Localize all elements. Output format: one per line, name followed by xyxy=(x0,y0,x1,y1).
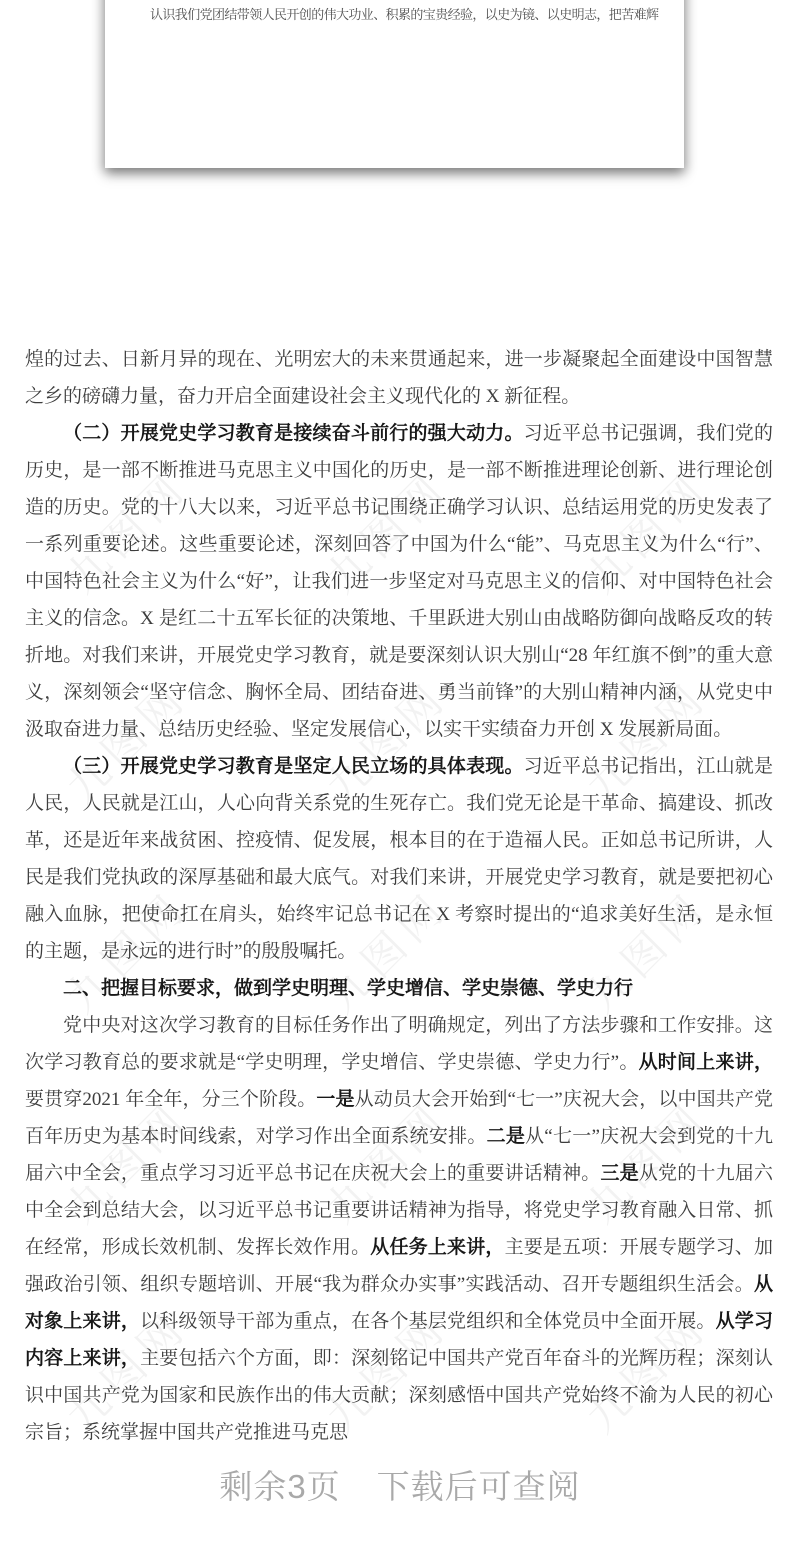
bold-text-run: （三）开展党史学习教育是坚定人民立场的具体表现。 xyxy=(63,756,524,777)
bold-text-run: （二）开展党史学习教育是接续奋斗前行的强大动力。 xyxy=(63,423,524,444)
paragraph: （三）开展党史学习教育是坚定人民立场的具体表现。习近平总书记指出，江山就是人民，… xyxy=(25,748,773,970)
text-run: 习近平总书记指出，江山就是人民，人民就是江山，人心向背关系党的生死存亡。我们党无… xyxy=(25,756,773,962)
section-heading: 二、把握目标要求，做到学史明理、学史增信、学史崇德、学史力行 xyxy=(25,970,773,1007)
bold-text-run: 从任务上来讲， xyxy=(370,1237,504,1258)
remaining-pages-notice: 剩余3页下载后可查阅 xyxy=(0,1461,800,1508)
bold-text-run: 一是 xyxy=(316,1089,354,1110)
text-run: 要贯穿2021 年全年，分三个阶段。 xyxy=(25,1089,316,1110)
text-run: 以科级领导干部为重点，在各个基层党组织和全体党员中全面开展。 xyxy=(140,1311,716,1332)
text-run: 习近平总书记强调，我们党的历史，是一部不断推进马克思主义中国化的历史，是一部不断… xyxy=(25,423,773,740)
text-run: 煌的过去、日新月异的现在、光明宏大的未来贯通起来，进一步凝聚起全面建设中国智慧之… xyxy=(25,349,773,407)
remaining-pages-text: 剩余3页 xyxy=(219,1468,340,1505)
document-body: 煌的过去、日新月异的现在、光明宏大的未来贯通起来，进一步凝聚起全面建设中国智慧之… xyxy=(25,341,773,1451)
page1-tail-text: 认识我们党团结带领人民开创的伟大功业、积累的宝贵经验，以史为镜、以史明志，把苦难… xyxy=(105,0,684,23)
page1-preview-card: 认识我们党团结带领人民开创的伟大功业、积累的宝贵经验，以史为镜、以史明志，把苦难… xyxy=(105,0,684,168)
bold-text-run: 二、把握目标要求，做到学史明理、学史增信、学史崇德、学史力行 xyxy=(63,978,633,999)
paragraph: 党中央对这次学习教育的目标任务作出了明确规定，列出了方法步骤和工作安排。这次学习… xyxy=(25,1007,773,1451)
bold-text-run: 三是 xyxy=(601,1163,639,1184)
bold-text-run: 从时间上来讲， xyxy=(639,1052,773,1073)
paragraph: （二）开展党史学习教育是接续奋斗前行的强大动力。习近平总书记强调，我们党的历史，… xyxy=(25,415,773,748)
bold-text-run: 二是 xyxy=(487,1126,525,1147)
paragraph: 煌的过去、日新月异的现在、光明宏大的未来贯通起来，进一步凝聚起全面建设中国智慧之… xyxy=(25,341,773,415)
download-hint-text: 下载后可查阅 xyxy=(377,1468,581,1505)
